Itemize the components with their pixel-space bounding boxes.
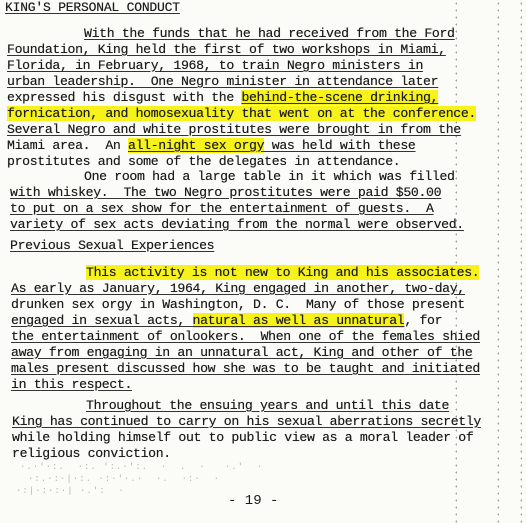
highlighted-text: all-night sex orgy	[128, 138, 264, 153]
bleed-through-text: ·.·'·:. ·:. ':.·':. · . · ·.' ·	[20, 462, 263, 472]
page-number: - 19 -	[228, 493, 278, 509]
highlighted-text: natural as well as unnatural	[193, 313, 405, 328]
section-heading: KING'S PERSONAL CONDUCT	[5, 0, 180, 16]
bleed-through-text: ·:|·:·:·| ·.': ·	[16, 486, 125, 496]
bleed-through-text: ·:.·:·|·:. ·:·'·.· ·. ·:· ·	[28, 474, 220, 484]
highlighted-text: fornication, and homosexuality that went…	[7, 106, 476, 121]
scan-artifact	[520, 0, 522, 523]
subheading: Previous Sexual Experiences	[10, 238, 214, 254]
highlighted-text: This activity is not new to King and his…	[86, 265, 479, 280]
scan-artifact	[497, 0, 499, 523]
highlighted-text: behind-the-scene drinking,	[241, 90, 438, 105]
document-page: KING'S PERSONAL CONDUCT With the funds t…	[0, 0, 526, 523]
